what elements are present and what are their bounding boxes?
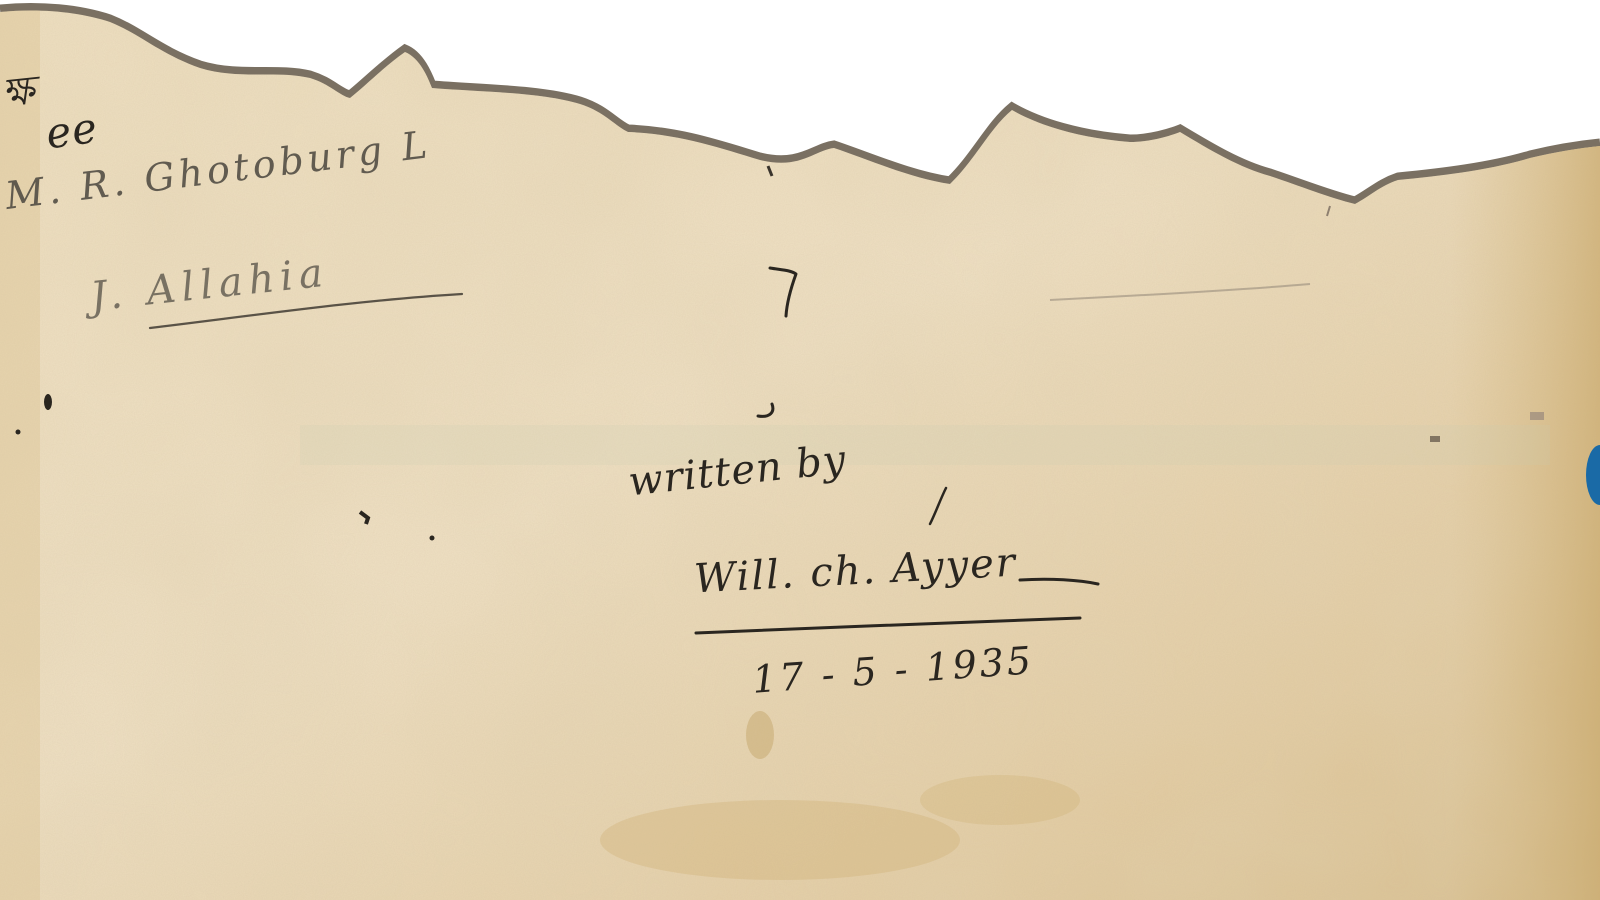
note-bengali-glyph: ক্ষ (0, 58, 39, 128)
scanned-document: ক্ষ ee M. R. Ghotoburg L J. Allahia writ… (0, 0, 1600, 900)
note-line-ee: ee (43, 103, 101, 159)
